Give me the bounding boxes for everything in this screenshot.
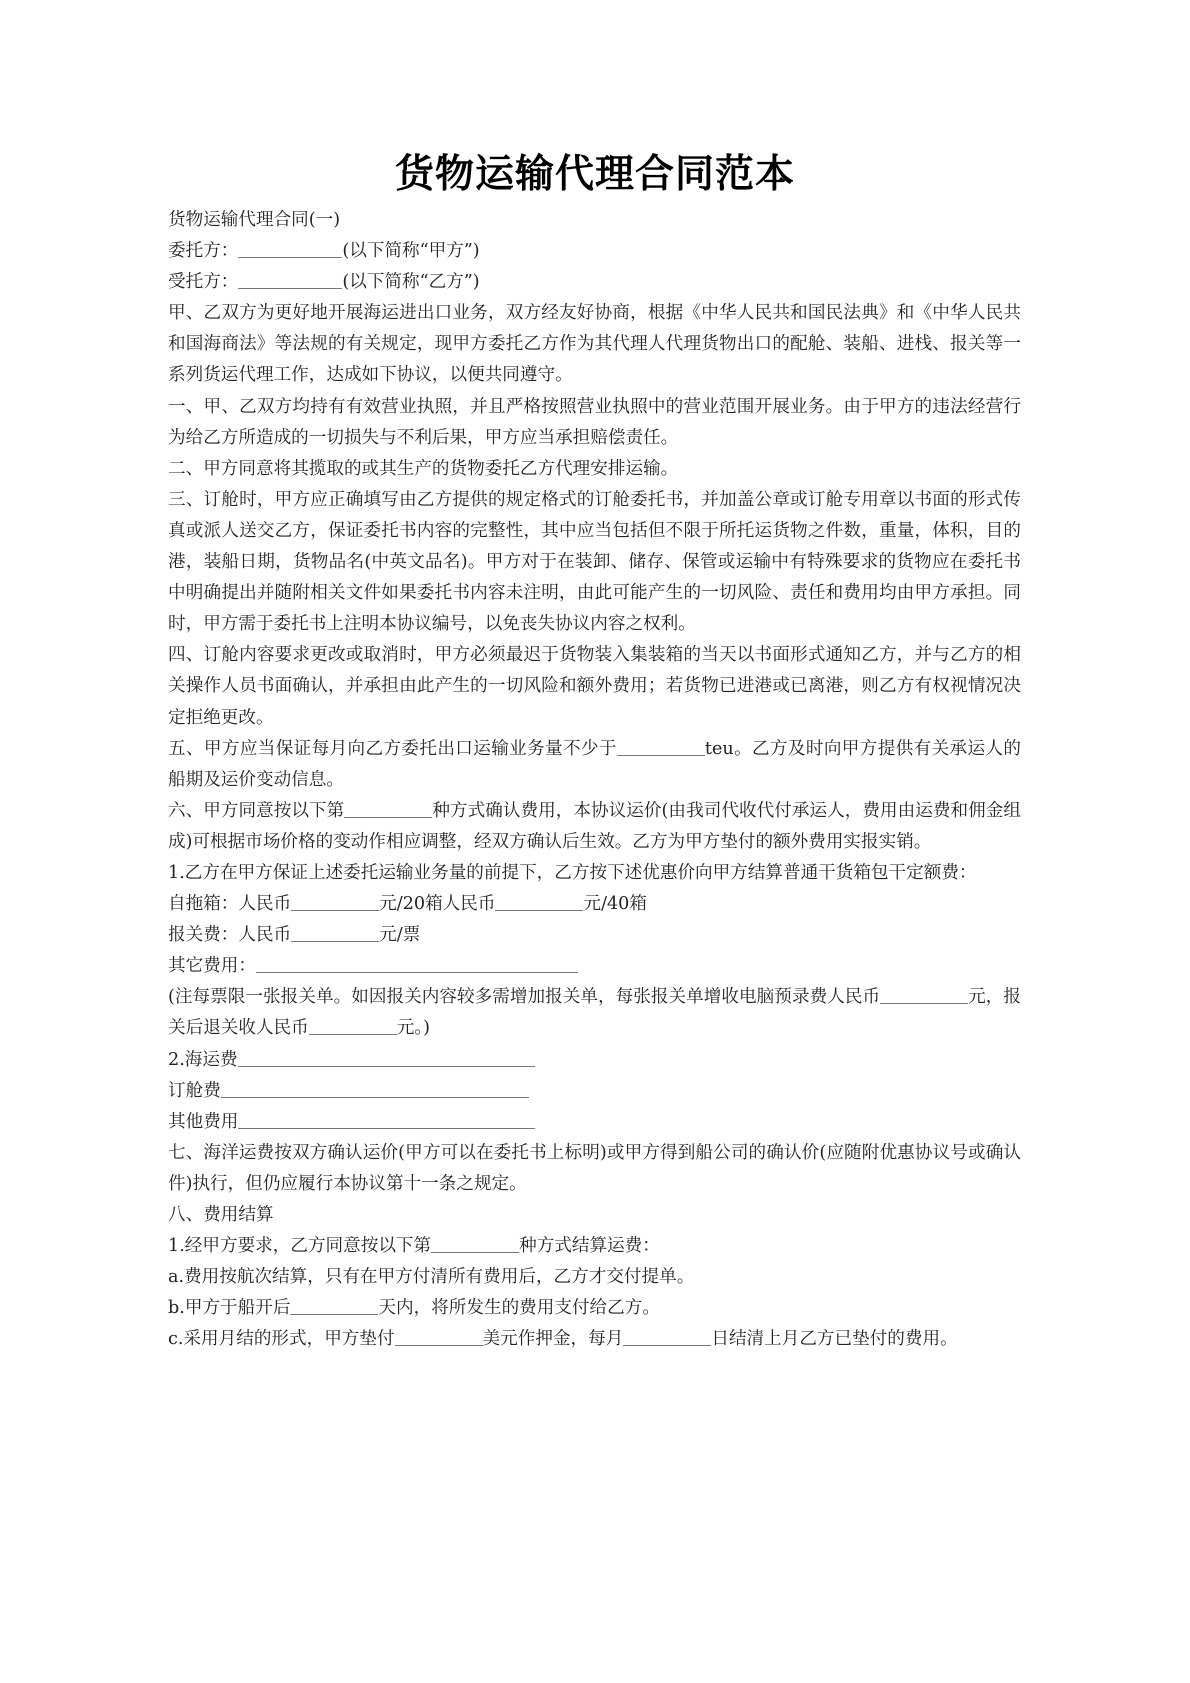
clause-4: 四、订舱内容要求更改或取消时，甲方必须最迟于货物装入集装箱的当天以书面形式通知乙… [168,640,1021,733]
clause-3: 三、订舱时，甲方应正确填写由乙方提供的规定格式的订舱委托书，并加盖公章或订舱专用… [168,485,1021,640]
other-fee-line: 其它费用： [168,951,1021,982]
customs-note: (注每票限一张报关单。如因报关内容较多需增加报关单，每张报关单增收电脑预录费人民… [168,982,1021,1044]
deposit-usd-blank[interactable] [395,1328,483,1347]
clause-5: 五、甲方应当保证每月向乙方委托出口运输业务量不少于teu。乙方及时向甲方提供有关… [168,734,1021,796]
trailer-fee-label: 自拖箱：人民币 [168,894,291,914]
clause-7: 七、海洋运费按双方确认运价(甲方可以在委托书上标明)或甲方得到船公司的确认价(应… [168,1138,1021,1200]
item-b-text-after: 天内，将所发生的费用支付给乙方。 [378,1298,660,1318]
withdrawal-fee-blank[interactable] [309,1017,397,1036]
party-a-label: 委托方： [168,241,238,261]
monthly-volume-blank[interactable] [617,737,705,756]
party-a-blank[interactable] [238,240,342,259]
document-title: 货物运输代理合同范本 [0,148,1190,200]
clause-1: 一、甲、乙双方均持有有效营业执照，并且严格按照营业执照中的营业范围开展业务。由于… [168,392,1021,454]
item-c-text-after: 日结清上月乙方已垫付的费用。 [711,1329,957,1349]
party-b-line: 受托方：(以下简称“乙方”) [168,267,1021,298]
trailer-fee-line: 自拖箱：人民币元/20箱人民币元/40箱 [168,889,1021,920]
clause-2: 二、甲方同意将其揽取的或其生产的货物委托乙方代理安排运输。 [168,454,1021,485]
clause-8-item-1: 1.经甲方要求，乙方同意按以下第种方式结算运费： [168,1231,1021,1262]
party-b-suffix: (以下简称“乙方”) [342,272,479,292]
settlement-text-after: 种方式结算运费： [519,1236,660,1256]
party-a-suffix: (以下简称“甲方”) [342,241,479,261]
clause-6-item-1: 1.乙方在甲方保证上述委托运输业务量的前提下，乙方按下述优惠价向甲方结算普通干货… [168,858,1021,889]
fee-method-blank[interactable] [344,799,432,818]
trailer-fee-end: 元/40箱 [583,894,647,914]
customs-fee-end: 元/票 [379,925,420,945]
booking-fee-label: 订舱费 [168,1081,221,1101]
sea-freight-line: 2.海运费 [168,1045,1021,1076]
note-text-end: 元。) [397,1018,430,1038]
clause-5-text-before: 五、甲方应当保证每月向乙方委托出口运输业务量不少于 [168,739,617,759]
contract-subtitle: 货物运输代理合同(一) [168,205,1021,236]
document-page: 货物运输代理合同范本 货物运输代理合同(一) 委托方：(以下简称“甲方”) 受托… [0,0,1190,1683]
clause-6-text-before: 六、甲方同意按以下第 [168,801,344,821]
preentry-fee-blank[interactable] [880,986,968,1005]
monthly-settle-day-blank[interactable] [623,1328,711,1347]
other-fee-blank[interactable] [256,955,578,974]
booking-fee-line: 订舱费 [168,1076,1021,1107]
item-c-text-before: c.采用月结的形式，甲方垫付 [168,1329,395,1349]
clause-6: 六、甲方同意按以下第种方式确认费用，本协议运价(由我司代收代付承运人，费用由运费… [168,796,1021,858]
other-fees-blank[interactable] [238,1110,535,1129]
customs-fee-line: 报关费：人民币元/票 [168,920,1021,951]
other-fees-line: 其他费用 [168,1107,1021,1138]
trailer-fee-20-blank[interactable] [291,892,379,911]
document-body: 货物运输代理合同(一) 委托方：(以下简称“甲方”) 受托方：(以下简称“乙方”… [168,205,1021,1355]
item-c-text-mid: 美元作押金，每月 [483,1329,624,1349]
clause-8-item-c: c.采用月结的形式，甲方垫付美元作押金，每月日结清上月乙方已垫付的费用。 [168,1324,1021,1355]
sea-freight-label: 2.海运费 [168,1050,238,1070]
party-a-line: 委托方：(以下简称“甲方”) [168,236,1021,267]
other-fee-label: 其它费用： [168,956,256,976]
settlement-method-blank[interactable] [431,1235,519,1254]
party-b-blank[interactable] [238,271,342,290]
clause-8-item-a: a.费用按航次结算，只有在甲方付清所有费用后，乙方才交付提单。 [168,1262,1021,1293]
preamble-paragraph: 甲、乙双方为更好地开展海运进出口业务，双方经友好协商，根据《中华人民共和国民法典… [168,298,1021,391]
trailer-fee-40-blank[interactable] [495,892,583,911]
party-b-label: 受托方： [168,272,238,292]
booking-fee-blank[interactable] [221,1079,529,1098]
payment-days-blank[interactable] [290,1297,378,1316]
trailer-fee-mid: 元/20箱人民币 [379,894,495,914]
customs-fee-label: 报关费：人民币 [168,925,291,945]
note-text-before: (注每票限一张报关单。如因报关内容较多需增加报关单，每张报关单增收电脑预录费人民… [168,987,880,1007]
sea-freight-blank[interactable] [238,1048,535,1067]
clause-8-item-b: b.甲方于船开后天内，将所发生的费用支付给乙方。 [168,1293,1021,1324]
clause-8-heading: 八、费用结算 [168,1200,1021,1231]
customs-fee-blank[interactable] [291,924,379,943]
settlement-text-before: 1.经甲方要求，乙方同意按以下第 [168,1236,431,1256]
item-b-text-before: b.甲方于船开后 [168,1298,290,1318]
other-fees-label: 其他费用 [168,1112,238,1132]
